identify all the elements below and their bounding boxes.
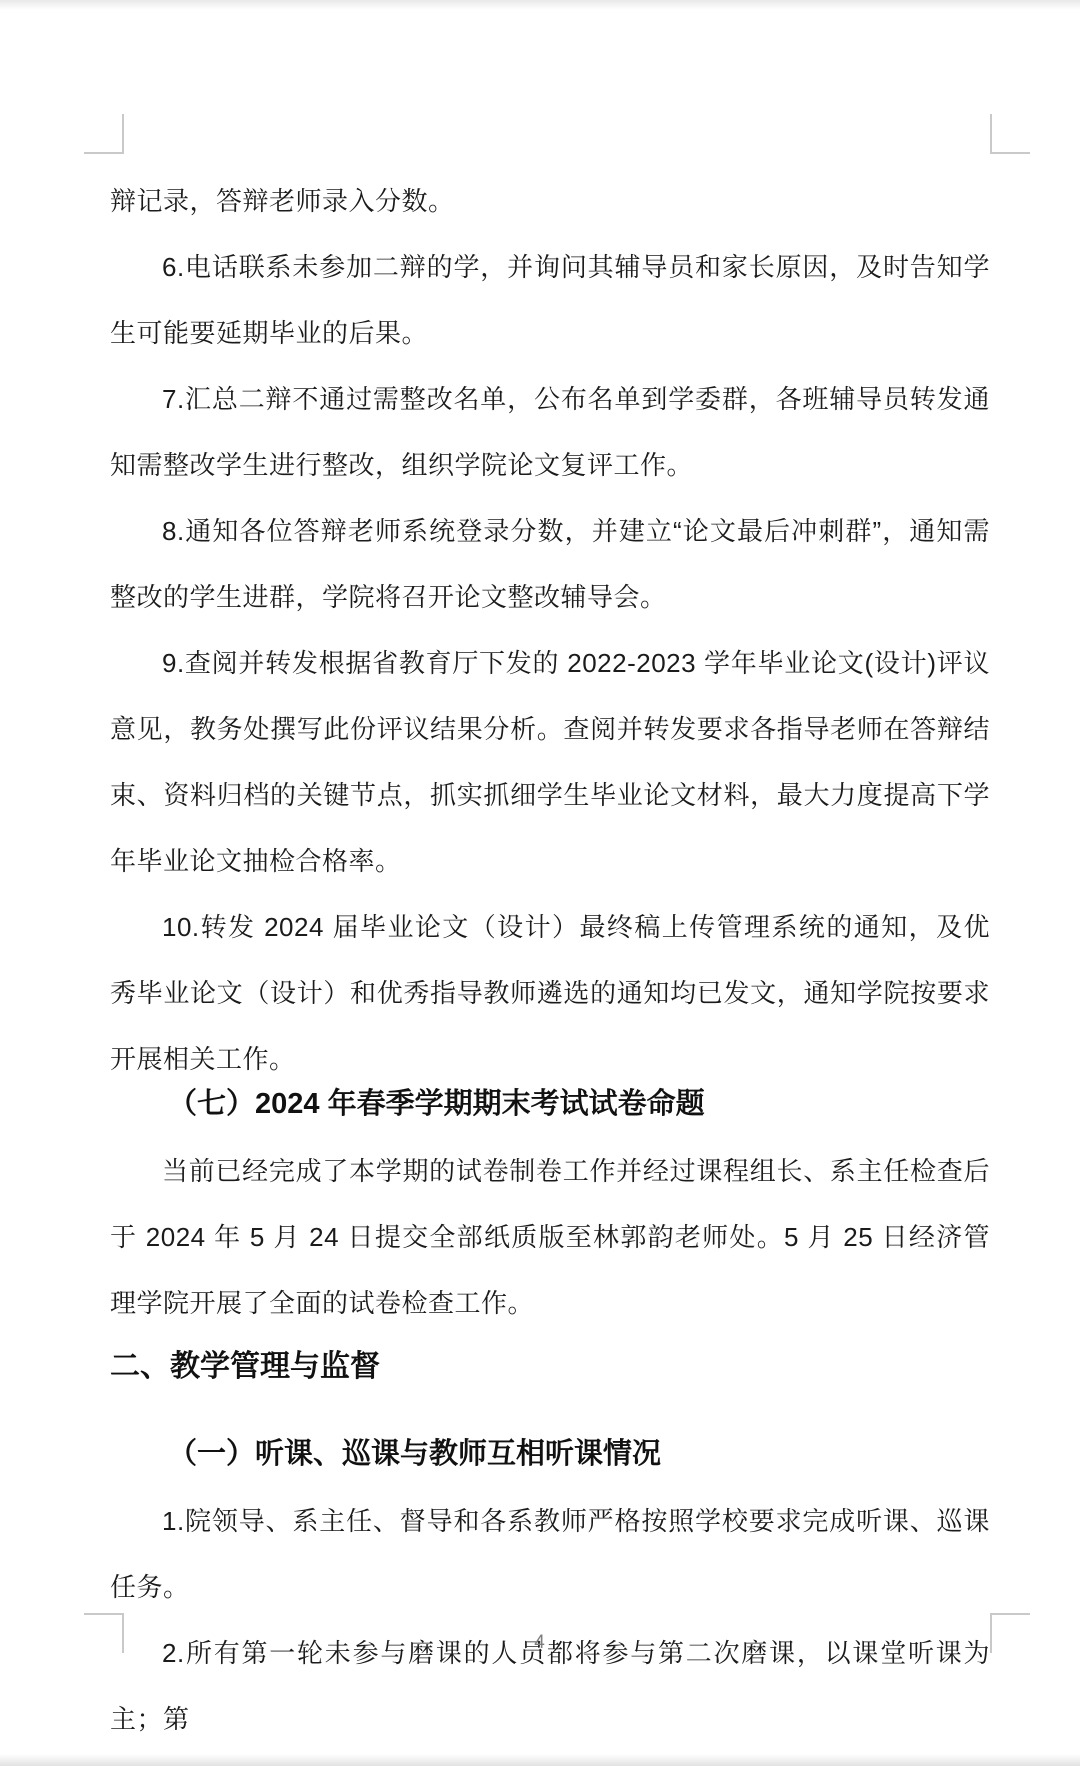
- paragraph-exam-papers: 当前已经完成了本学期的试卷制卷工作并经过课程组长、系主任检查后于 2024 年 …: [110, 1138, 990, 1336]
- paragraph-continuation: 辩记录，答辩老师录入分数。: [110, 168, 990, 234]
- paragraph-item-7: 7.汇总二辩不通过需整改名单，公布名单到学委群，各班辅导员转发通知需整改学生进行…: [110, 366, 990, 498]
- paragraph-item-1: 1.院领导、系主任、督导和各系教师严格按照学校要求完成听课、巡课任务。: [110, 1488, 990, 1620]
- page-bottom-edge-shadow: [0, 1754, 1080, 1766]
- document-page: 辩记录，答辩老师录入分数。 6.电话联系未参加二辩的学，并询问其辅导员和家长原因…: [0, 0, 1080, 1766]
- document-body: 辩记录，答辩老师录入分数。 6.电话联系未参加二辩的学，并询问其辅导员和家长原因…: [110, 0, 990, 1752]
- paragraph-item-8: 8.通知各位答辩老师系统登录分数，并建立“论文最后冲刺群”，通知需整改的学生进群…: [110, 498, 990, 630]
- section-heading-7-exam-papers: （七）2024 年春季学期期末考试试卷命题: [110, 1080, 990, 1128]
- paragraph-item-10: 10.转发 2024 届毕业论文（设计）最终稿上传管理系统的通知，及优秀毕业论文…: [110, 894, 990, 1092]
- chapter-heading-teaching-management: 二、教学管理与监督: [110, 1343, 990, 1391]
- section-heading-1-class-observation: （一）听课、巡课与教师互相听课情况: [110, 1430, 990, 1478]
- margin-corner-mark-top-right: [990, 114, 1030, 154]
- paragraph-item-6: 6.电话联系未参加二辩的学，并询问其辅导员和家长原因，及时告知学生可能要延期毕业…: [110, 234, 990, 366]
- page-number: 4: [0, 1632, 1080, 1654]
- paragraph-item-9: 9.查阅并转发根据省教育厅下发的 2022-2023 学年毕业论文(设计)评议意…: [110, 630, 990, 894]
